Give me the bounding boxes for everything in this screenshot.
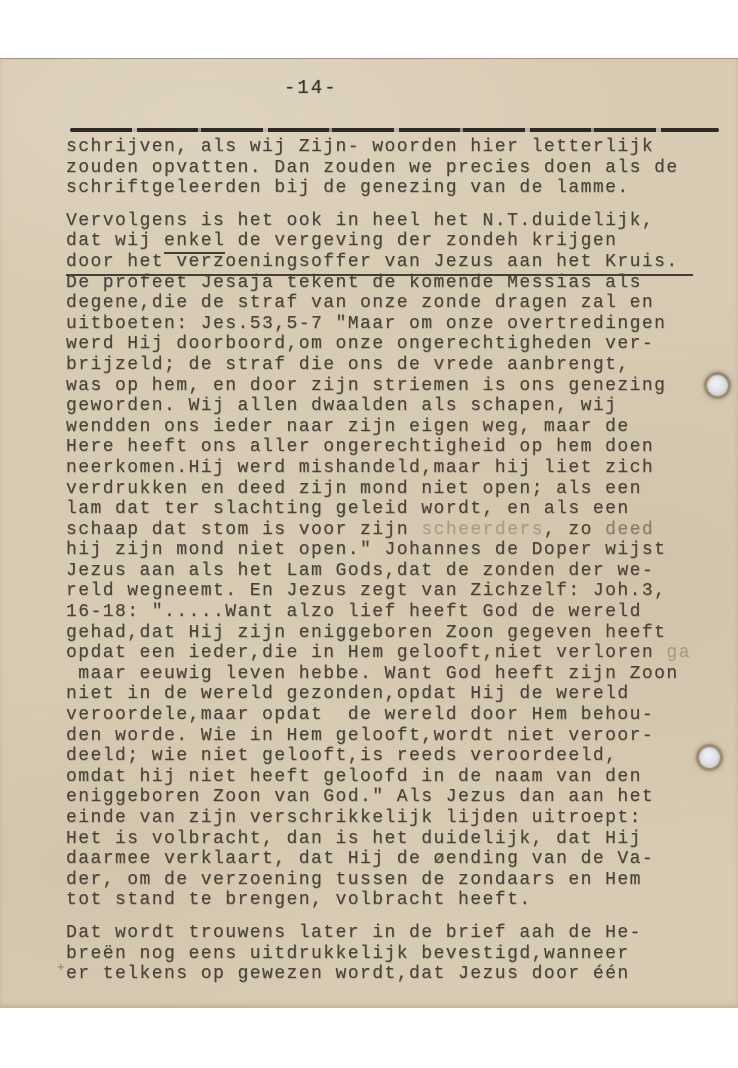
text-line: werd Hij doorboord,om onze ongerechtighe… bbox=[66, 334, 716, 355]
text-line: Jezus aan als het Lam Gods,dat de zonden… bbox=[66, 561, 716, 582]
text-line: er telkens op gewezen wordt,dat Jezus do… bbox=[66, 964, 716, 985]
text-line: zouden opvatten. Dan zouden we precies d… bbox=[66, 158, 716, 179]
text-line: omdat hij niet heeft geloofd in de naam … bbox=[66, 767, 716, 788]
text-line: wendden ons ieder naar zijn eigen weg, m… bbox=[66, 417, 716, 438]
punch-hole-bottom bbox=[696, 744, 723, 771]
text-line: daarmee verklaart, dat Hij de øending va… bbox=[66, 849, 716, 870]
text-line: maar eeuwig leven hebbe. Want God heeft … bbox=[66, 664, 716, 685]
text-line: der, om de verzoening tussen de zondaars… bbox=[66, 870, 716, 891]
text-line: De profeet Jesaja tekent de komende Mess… bbox=[66, 273, 716, 294]
text-line: opdat een ieder,die in Hem gelooft,niet … bbox=[66, 643, 716, 664]
text-line: schaap dat stom is voor zijn scheerders,… bbox=[66, 520, 716, 541]
text-line: verdrukken en deed zijn mond niet open; … bbox=[66, 479, 716, 500]
text-line: veroordele,maar opdat de wereld door Hem… bbox=[66, 705, 716, 726]
paragraph: Vervolgens is het ook in heel het N.T.du… bbox=[66, 211, 716, 911]
text-line: Het is volbracht, dan is het duidelijk, … bbox=[66, 829, 716, 850]
text-line: niet in de wereld gezonden,opdat Hij de … bbox=[66, 684, 716, 705]
text-line: dat wij enkel de vergeving der zondeh kr… bbox=[66, 231, 716, 252]
text-line: gehad,dat Hij zijn eniggeboren Zoon gege… bbox=[66, 623, 716, 644]
text-line: neerkomen.Hij werd mishandeld,maar hij l… bbox=[66, 458, 716, 479]
text-line: Here heeft ons aller ongerechtigheid op … bbox=[66, 437, 716, 458]
text-line: Dat wordt trouwens later in de brief aah… bbox=[66, 923, 716, 944]
text-line: schriftgeleerden bij de genezing van de … bbox=[66, 178, 716, 199]
text-line: schrijven, als wij Zijn- woorden hier le… bbox=[66, 137, 716, 158]
text-line: eniggeboren Zoon van God." Als Jezus dan… bbox=[66, 787, 716, 808]
paragraph: schrijven, als wij Zijn- woorden hier le… bbox=[66, 137, 716, 199]
punch-hole-top bbox=[704, 372, 731, 399]
text-line: lam dat ter slachting geleid wordt, en a… bbox=[66, 499, 716, 520]
text-line: einde van zijn verschrikkelijk lijden ui… bbox=[66, 808, 716, 829]
pencil-mark: + bbox=[57, 960, 65, 975]
text-line: deeld; wie niet gelooft,is reeds veroord… bbox=[66, 746, 716, 767]
paragraph: Dat wordt trouwens later in de brief aah… bbox=[66, 923, 716, 985]
text-line: brijzeld; de straf die ons de vrede aanb… bbox=[66, 355, 716, 376]
text-line: Vervolgens is het ook in heel het N.T.du… bbox=[66, 211, 716, 232]
text-line: hij zijn mond niet open." Johannes de Do… bbox=[66, 540, 716, 561]
document-text: schrijven, als wij Zijn- woorden hier le… bbox=[66, 137, 716, 997]
text-line: 16-18: ".....Want alzo lief heeft God de… bbox=[66, 602, 716, 623]
text-line: uitboeten: Jes.53,5-7 "Maar om onze over… bbox=[66, 314, 716, 335]
page-number: -14- bbox=[284, 77, 338, 99]
text-line: den worde. Wie in Hem gelooft,wordt niet… bbox=[66, 726, 716, 747]
text-line: geworden. Wij allen dwaalden als schapen… bbox=[66, 396, 716, 417]
paper-sheet: -14- schrijven, als wij Zijn- woorden hi… bbox=[0, 58, 738, 1008]
text-line: door het verzoeningsoffer van Jezus aan … bbox=[66, 252, 716, 273]
text-line: tot stand te brengen, volbracht heeft. bbox=[66, 890, 716, 911]
text-line: reld wegneemt. En Jezus zegt van Zichzel… bbox=[66, 581, 716, 602]
text-line: degene,die de straf van onze zonde drage… bbox=[66, 293, 716, 314]
text-line: breën nog eens uitdrukkelijk bevestigd,w… bbox=[66, 944, 716, 965]
horizontal-rule bbox=[70, 128, 719, 132]
text-line: was op hem, en door zijn striemen is ons… bbox=[66, 376, 716, 397]
